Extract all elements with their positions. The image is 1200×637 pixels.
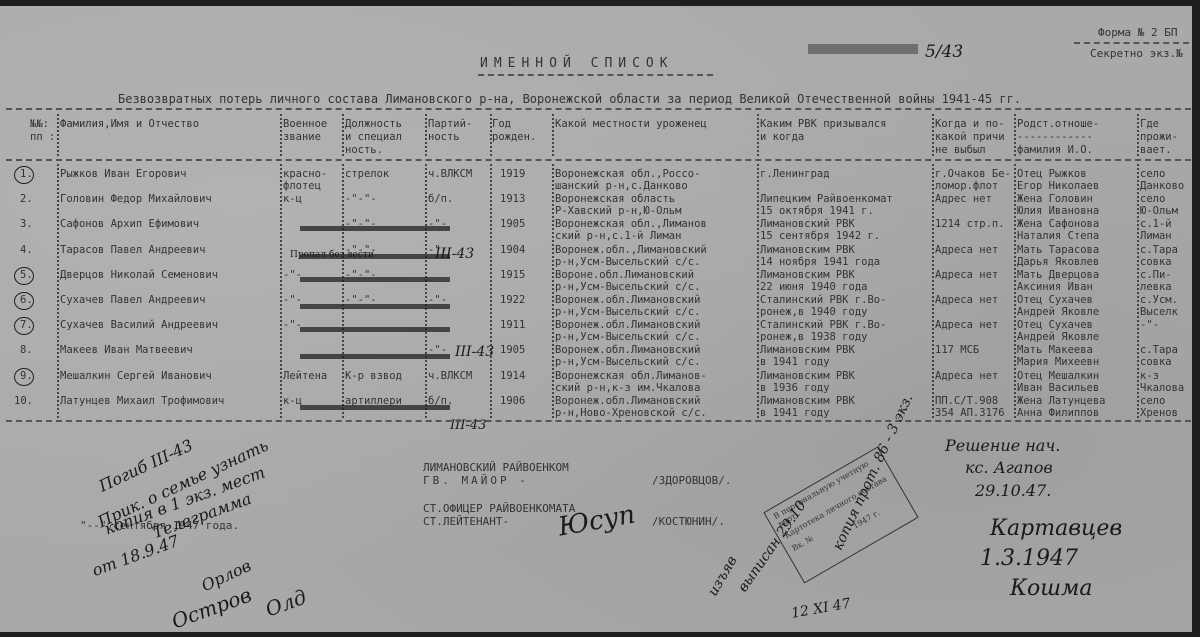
column-header: Родст.отноше- bbox=[1017, 118, 1099, 130]
strikethrough-mark bbox=[300, 354, 450, 359]
top-stamp-mark bbox=[808, 44, 918, 54]
handwritten-note: 12 XI 47 bbox=[790, 596, 852, 622]
birth-year-cell: 1913 bbox=[500, 193, 525, 206]
name-cell: Головин Федор Михайлович bbox=[60, 193, 212, 206]
title-underline bbox=[478, 74, 713, 76]
missing-date: III-43 bbox=[435, 246, 474, 262]
relative-cell: Андрей Яковле bbox=[1017, 306, 1099, 319]
rvk-cell: 15 октября 1941 г. bbox=[760, 205, 874, 218]
rvk-cell: ронеж,в 1938 году bbox=[760, 331, 867, 344]
signatory-2-name: /КОСТЮНИН/. bbox=[652, 515, 725, 528]
rvk-cell: ронеж,в 1940 году bbox=[760, 306, 867, 319]
circle-mark bbox=[14, 317, 34, 335]
table-top-border bbox=[6, 108, 1191, 110]
reason-cell: Адреса нет bbox=[935, 319, 998, 332]
column-header: Военное bbox=[283, 118, 327, 130]
secret-label: Секретно экз.№ bbox=[1090, 47, 1183, 60]
signature: Олд bbox=[262, 585, 309, 622]
origin-cell: р-н,Усм-Высельский с/с. bbox=[555, 281, 700, 294]
column-header: Партий- bbox=[428, 118, 472, 130]
row-number: 4. bbox=[20, 244, 33, 257]
residence-cell: совка bbox=[1140, 356, 1172, 369]
rvk-cell: 14 ноября 1941 года bbox=[760, 256, 880, 269]
column-header: ------------ bbox=[1017, 131, 1093, 143]
origin-cell: р-н,Усм-Высельский с/с. bbox=[555, 306, 700, 319]
column-separator bbox=[552, 164, 554, 418]
column-header: и когда bbox=[760, 131, 804, 143]
column-separator bbox=[57, 114, 59, 156]
column-separator bbox=[1014, 164, 1016, 418]
relative-cell: Дарья Яковлев bbox=[1017, 256, 1099, 269]
strikethrough-mark bbox=[300, 327, 450, 332]
handwritten-note: от 18.9.47 bbox=[89, 531, 181, 580]
rvk-cell: г.Ленинград bbox=[760, 168, 830, 181]
birth-year-cell: 1914 bbox=[500, 370, 525, 383]
column-header: вает. bbox=[1140, 144, 1172, 156]
residence-cell: совка bbox=[1140, 256, 1172, 269]
reason-cell: Адреса нет bbox=[935, 244, 998, 257]
signatory-1-title: ЛИМАНОВСКИЙ РАЙВОЕНКОМ bbox=[423, 461, 569, 474]
birth-year-cell: 1904 bbox=[500, 244, 525, 257]
column-separator bbox=[425, 164, 427, 418]
strikethrough-mark bbox=[300, 405, 450, 410]
origin-cell: р-н,Усм-Высельский с/с. bbox=[555, 356, 700, 369]
name-cell: Сухачев Василий Андреевич bbox=[60, 319, 218, 332]
residence-cell: Данково bbox=[1140, 180, 1184, 193]
birth-year-cell: 1919 bbox=[500, 168, 525, 181]
relative-cell: Наталия Степа bbox=[1017, 230, 1099, 243]
handwritten-note: 1.3.1947 bbox=[980, 546, 1078, 571]
strikethrough-mark bbox=[300, 277, 450, 282]
name-cell: Рыжков Иван Егорович bbox=[60, 168, 186, 181]
column-header: Фамилия,Имя и Отчество bbox=[60, 118, 199, 130]
column-header: Какой местности уроженец bbox=[555, 118, 707, 130]
strikethrough-mark bbox=[300, 226, 450, 231]
residence-cell: левка bbox=[1140, 281, 1172, 294]
reason-cell: Адреса нет bbox=[935, 294, 998, 307]
column-header: Должность bbox=[345, 118, 402, 130]
column-separator bbox=[757, 114, 759, 156]
origin-cell: р-н,Усм-Высельский с/с. bbox=[555, 256, 700, 269]
circle-mark bbox=[14, 292, 34, 310]
column-separator bbox=[932, 164, 934, 418]
residence-cell: Хренов bbox=[1140, 407, 1178, 420]
row-number: 2. bbox=[20, 193, 33, 206]
rank-cell: Лейтена bbox=[283, 370, 327, 383]
column-separator bbox=[1137, 164, 1139, 418]
column-header: ность bbox=[428, 131, 460, 143]
column-separator bbox=[490, 164, 492, 418]
column-header: Где bbox=[1140, 118, 1159, 130]
birth-year-cell: 1915 bbox=[500, 269, 525, 282]
column-header: фамилия И.О. bbox=[1017, 144, 1093, 156]
residence-cell: Лиман bbox=[1140, 230, 1172, 243]
relative-cell: Мария Михеевн bbox=[1017, 356, 1099, 369]
column-header: ность. bbox=[345, 144, 383, 156]
column-header: прожи- bbox=[1140, 131, 1178, 143]
rvk-cell: 15 сентября 1942 г. bbox=[760, 230, 880, 243]
signatory-2-rank: СТ.ЛЕЙТЕНАНТ- bbox=[423, 515, 509, 528]
signatory-1-rank: ГВ. МАЙОР - bbox=[423, 474, 529, 487]
header-divider bbox=[6, 159, 1191, 161]
handwritten-note: изъяв bbox=[705, 553, 741, 599]
relative-cell: Андрей Яковле bbox=[1017, 331, 1099, 344]
column-separator bbox=[342, 164, 344, 418]
circle-mark bbox=[14, 166, 34, 184]
relative-cell: Иван Васильев bbox=[1017, 382, 1099, 395]
strikethrough-mark bbox=[300, 304, 450, 309]
birth-year-cell: 1906 bbox=[500, 395, 525, 408]
column-separator bbox=[932, 114, 934, 156]
column-separator bbox=[757, 164, 759, 418]
handwritten-note: Решение нач. bbox=[945, 436, 1060, 455]
column-header: №№: bbox=[30, 118, 49, 130]
name-cell: Тарасов Павел Андреевич bbox=[60, 244, 205, 257]
document-title: ИМЕННОЙ СПИСОК bbox=[480, 56, 674, 71]
birth-year-cell: 1911 bbox=[500, 319, 525, 332]
missing-date: III-43 bbox=[455, 344, 494, 360]
relative-cell: Юлия Ивановна bbox=[1017, 205, 1099, 218]
reason-cell: ломор.флот bbox=[935, 180, 998, 193]
column-header: пп : bbox=[30, 131, 55, 143]
circle-mark bbox=[14, 368, 34, 386]
signatory-2-title: СТ.ОФИЦЕР РАЙВОЕНКОМАТА bbox=[423, 502, 575, 515]
rvk-cell: в 1941 году bbox=[760, 356, 830, 369]
row-number: 8. bbox=[20, 344, 33, 357]
rvk-cell: в 1936 году bbox=[760, 382, 830, 395]
residence-cell: Ю-Ольм bbox=[1140, 205, 1178, 218]
name-cell: Латунцев Михаил Трофимович bbox=[60, 395, 224, 408]
row-number: 3. bbox=[20, 218, 33, 231]
origin-cell: р-н,Ново-Хреновской с/с. bbox=[555, 407, 707, 420]
reason-cell: Адреса нет bbox=[935, 370, 998, 383]
residence-cell: Чкалова bbox=[1140, 382, 1184, 395]
column-separator bbox=[342, 114, 344, 156]
column-separator bbox=[57, 164, 59, 418]
missing-note: Пропал без вести bbox=[290, 250, 374, 260]
handwritten-note: Кошма bbox=[1010, 576, 1092, 601]
relative-cell: Егор Николаев bbox=[1017, 180, 1099, 193]
form-label: Форма № 2 БП bbox=[1098, 26, 1177, 39]
name-cell: Мешалкин Сергей Иванович bbox=[60, 370, 212, 383]
column-header: Каким РВК призывался bbox=[760, 118, 886, 130]
rank-cell: к-ц bbox=[283, 193, 302, 206]
position-cell: К-р взвод bbox=[345, 370, 402, 383]
column-separator bbox=[425, 114, 427, 156]
rvk-cell: в 1941 году bbox=[760, 407, 830, 420]
column-header: и специал bbox=[345, 131, 402, 143]
column-separator bbox=[280, 164, 282, 418]
divider bbox=[1074, 42, 1189, 44]
party-cell: ч.ВЛКСМ bbox=[428, 370, 472, 383]
handwritten-note: 29.10.47. bbox=[975, 481, 1051, 500]
rvk-cell: 22 июня 1940 года bbox=[760, 281, 867, 294]
origin-cell: ский р-н,с.1-й Лиман bbox=[555, 230, 681, 243]
column-header: Год bbox=[492, 118, 511, 130]
relative-cell: Анна Филиппов bbox=[1017, 407, 1099, 420]
birth-year-cell: 1905 bbox=[500, 218, 525, 231]
column-header: какой причи bbox=[935, 131, 1005, 143]
column-separator bbox=[1014, 114, 1016, 156]
column-header: рожден. bbox=[492, 131, 536, 143]
column-header: звание bbox=[283, 131, 321, 143]
handwritten-note: Картавцев bbox=[990, 516, 1122, 541]
handwritten-number: 5/43 bbox=[925, 42, 963, 62]
column-separator bbox=[1137, 114, 1139, 156]
document-sheet: 5/43 Форма № 2 БП Секретно экз.№ ИМЕННОЙ… bbox=[0, 6, 1192, 632]
reason-cell: 117 МСБ bbox=[935, 344, 979, 357]
position-cell: стрелок bbox=[345, 168, 389, 181]
column-header: Когда и по- bbox=[935, 118, 1005, 130]
document-subtitle: Безвозвратных потерь личного состава Лим… bbox=[118, 92, 1021, 106]
signatory-1-name: /ЗДОРОВЦОВ/. bbox=[652, 474, 731, 487]
origin-cell: ский р-н,к-з им.Чкалова bbox=[555, 382, 700, 395]
relative-cell: Аксиния Иван bbox=[1017, 281, 1093, 294]
reason-cell: 354 АП.3176 bbox=[935, 407, 1005, 420]
origin-cell: Р-Хавский р-н,Ю-Ольм bbox=[555, 205, 681, 218]
handwritten-note: кс. Агапов bbox=[965, 458, 1053, 477]
name-cell: Сухачев Павел Андреевич bbox=[60, 294, 205, 307]
rank-cell: флотец bbox=[283, 180, 321, 193]
column-separator bbox=[280, 114, 282, 156]
origin-cell: шанский р-н,с.Данково bbox=[555, 180, 688, 193]
reason-cell: Адрес нет bbox=[935, 193, 992, 206]
column-header: не выбыл bbox=[935, 144, 986, 156]
origin-cell: р-н,Усм-Высельский с/с. bbox=[555, 331, 700, 344]
party-cell: б/п. bbox=[428, 193, 453, 206]
name-cell: Дверцов Николай Семенович bbox=[60, 269, 218, 282]
birth-year-cell: 1905 bbox=[500, 344, 525, 357]
circle-mark bbox=[14, 267, 34, 285]
table-bottom-border bbox=[6, 420, 1191, 422]
column-separator bbox=[490, 114, 492, 156]
residence-cell: Выселк bbox=[1140, 306, 1178, 319]
residence-cell: -"- bbox=[1140, 319, 1159, 332]
reason-cell: 1214 стр.п. bbox=[935, 218, 1005, 231]
position-cell: -"-"- bbox=[345, 193, 377, 206]
reason-cell: Адреса нет bbox=[935, 269, 998, 282]
birth-year-cell: 1922 bbox=[500, 294, 525, 307]
row-number: 10. bbox=[14, 395, 33, 408]
party-cell: ч.ВЛКСМ bbox=[428, 168, 472, 181]
column-separator bbox=[552, 114, 554, 156]
name-cell: Макеев Иван Матвеевич bbox=[60, 344, 193, 357]
name-cell: Сафонов Архип Ефимович bbox=[60, 218, 199, 231]
